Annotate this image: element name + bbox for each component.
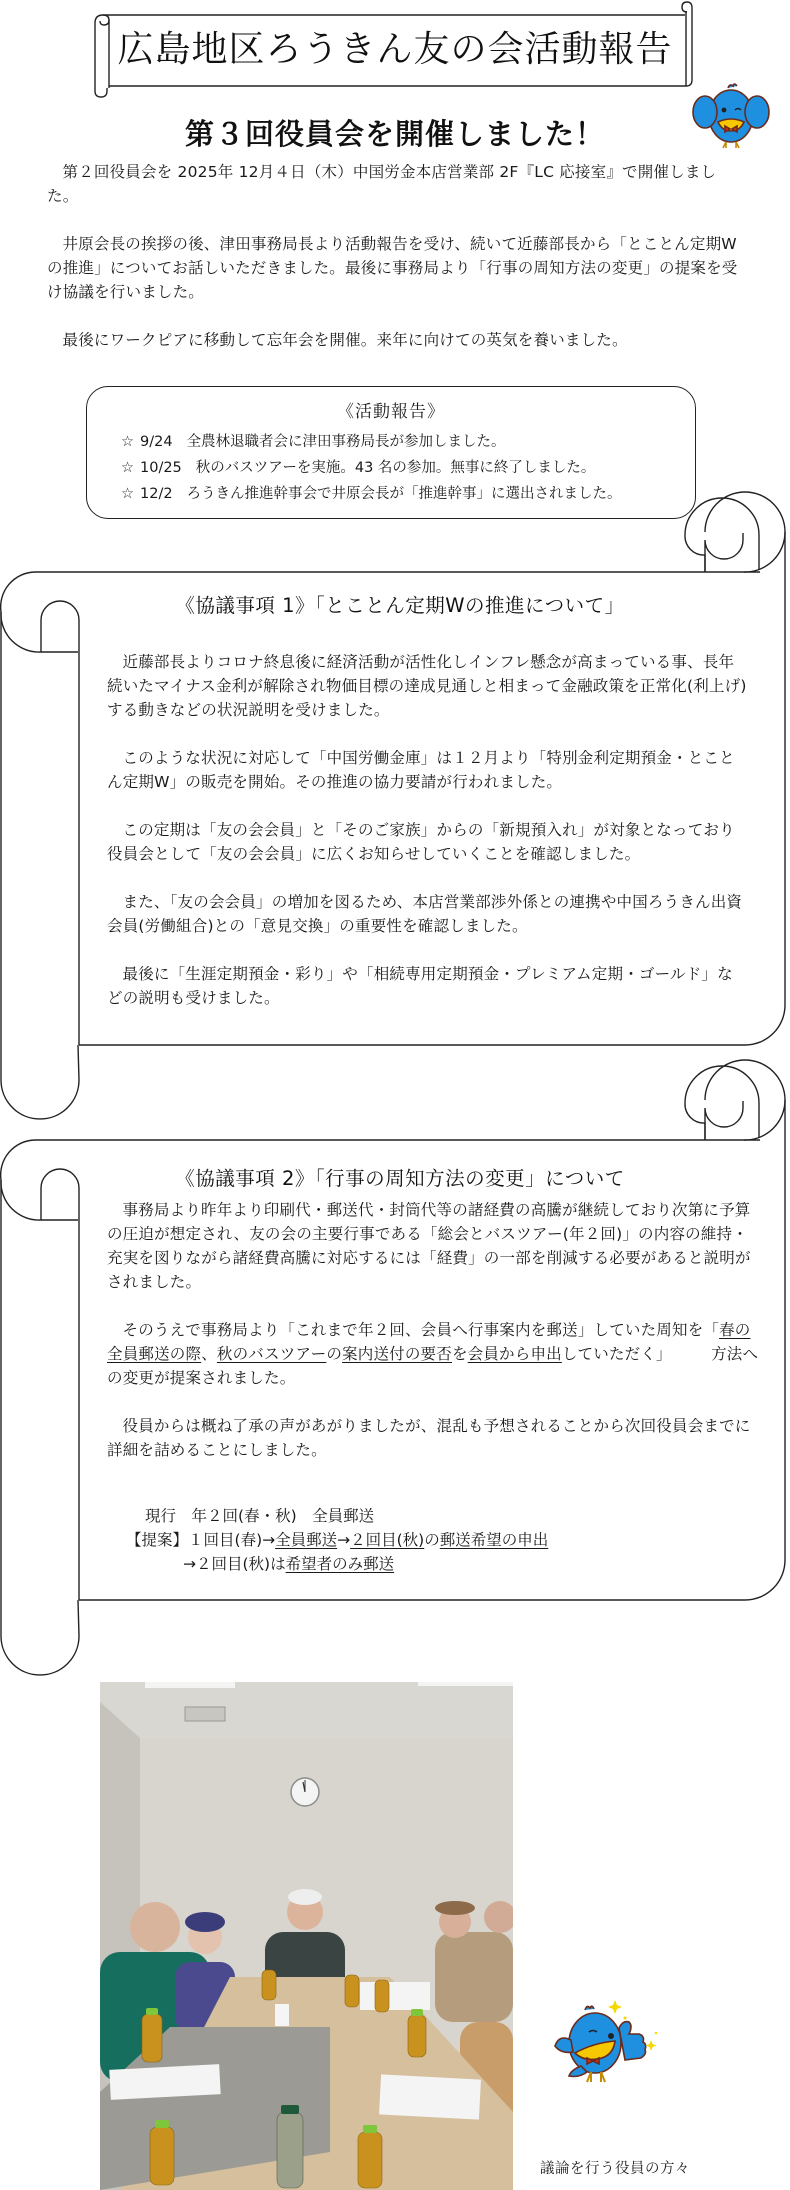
activity-report-box: 《活動報告》 ☆9/24全農林退職者会に津田事務局長が参加しました。 ☆10/2… bbox=[86, 386, 696, 519]
page-title: 広島地区ろうきん友の会活動報告 bbox=[110, 20, 680, 80]
star-icon: ☆ bbox=[121, 434, 134, 450]
current-text: 年２回(春・秋) 全員郵送 bbox=[192, 1507, 375, 1525]
star-icon: ☆ bbox=[121, 486, 134, 502]
activity-list: ☆9/24全農林退職者会に津田事務局長が参加しました。 ☆10/25秋のバスツア… bbox=[121, 429, 622, 507]
activity-item: ☆12/2ろうきん推進幹事会で井原会長が「推進幹事」に選出されました。 bbox=[121, 481, 622, 507]
intro-paragraph-2: 井原会長の挨拶の後、津田事務局長より活動報告を受け、続いて近藤部長から「とことん… bbox=[47, 232, 747, 304]
current-label: 現行 bbox=[145, 1507, 176, 1525]
intro-paragraph-3: 最後にワークピアに移動して忘年会を開催。来年に向けての英気を養いました。 bbox=[47, 328, 747, 352]
activity-item: ☆10/25秋のバスツアーを実施。43 名の参加。無事に終了しました。 bbox=[121, 455, 622, 481]
agenda1-paragraph: また、「友の会会員」の増加を図るため、本店営業部渉外係との連携や中国ろうきん出資… bbox=[107, 890, 747, 938]
agenda1-paragraph: 最後に「生涯定期預金・彩り」や「相続専用定期預金・プレミアム定期・ゴールド」など… bbox=[107, 962, 747, 1010]
activity-text: 全農林退職者会に津田事務局長が参加しました。 bbox=[187, 434, 506, 450]
activity-report-title: 《活動報告》 bbox=[87, 397, 695, 422]
activity-item: ☆9/24全農林退職者会に津田事務局長が参加しました。 bbox=[121, 429, 622, 455]
activity-date: 9/24 bbox=[140, 429, 173, 455]
headline: 第３回役員会を開催しました！ bbox=[100, 112, 690, 153]
current-method: 現行 年２回(春・秋) 全員郵送 bbox=[145, 1504, 374, 1528]
agenda1-paragraph: このような状況に対応して「中国労働金庫」は１２月より「特別金利定期預金・とことん… bbox=[107, 746, 747, 794]
activity-text: 秋のバスツアーを実施。43 名の参加。無事に終了しました。 bbox=[196, 460, 596, 476]
intro-paragraph-1: 第２回役員会を 2025年 12月４日（木）中国労金本店営業部 2F『LC 応接… bbox=[47, 160, 747, 208]
activity-text: ろうきん推進幹事会で井原会長が「推進幹事」に選出されました。 bbox=[187, 486, 622, 502]
proposal-line-1: 【提案】１回目(春)→全員郵送→２回目(秋)の郵送希望の申出 bbox=[126, 1528, 548, 1552]
agenda1-body: 近藤部長よりコロナ終息後に経済活動が活性化しインフレ懸念が高まっている事、長年続… bbox=[107, 650, 747, 1034]
photo-caption: 議論を行う役員の方々 bbox=[540, 2157, 690, 2178]
agenda2-body: 事務局より昨年より印刷代・郵送代・封筒代等の諸経費の高騰が継続しており次第に予算… bbox=[107, 1198, 759, 1462]
agenda2-paragraph-1: 事務局より昨年より印刷代・郵送代・封筒代等の諸経費の高騰が継続しており次第に予算… bbox=[107, 1198, 759, 1294]
agenda1-paragraph: この定期は「友の会会員」と「そのご家族」からの「新規預入れ」が対象となっており役… bbox=[107, 818, 747, 866]
agenda2-paragraph-3: 役員からは概ね了承の声があがりましたが、混乱も予想されることから次回役員会までに… bbox=[107, 1414, 759, 1462]
agenda1-title: 《協議事項 1》「とことん定期Wの推進について」 bbox=[90, 590, 710, 618]
agenda2-title: 《協議事項 2》「行事の周知方法の変更」について bbox=[90, 1163, 710, 1191]
star-icon: ☆ bbox=[121, 460, 134, 476]
meeting-photo bbox=[100, 1682, 513, 2190]
agenda1-paragraph: 近藤部長よりコロナ終息後に経済活動が活性化しインフレ懸念が高まっている事、長年続… bbox=[107, 650, 747, 722]
activity-date: 12/2 bbox=[140, 481, 173, 507]
agenda2-paragraph-2: そのうえで事務局より「これまで年２回、会員へ行事案内を郵送」していた周知を「春の… bbox=[107, 1318, 759, 1390]
proposal-line-2: →２回目(秋)は希望者のみ郵送 bbox=[183, 1552, 394, 1576]
mascot-icon bbox=[690, 82, 772, 152]
activity-date: 10/25 bbox=[140, 455, 182, 481]
proposal-label: 【提案】 bbox=[126, 1531, 188, 1549]
mascot-thumbs-up-icon bbox=[553, 1998, 663, 2098]
